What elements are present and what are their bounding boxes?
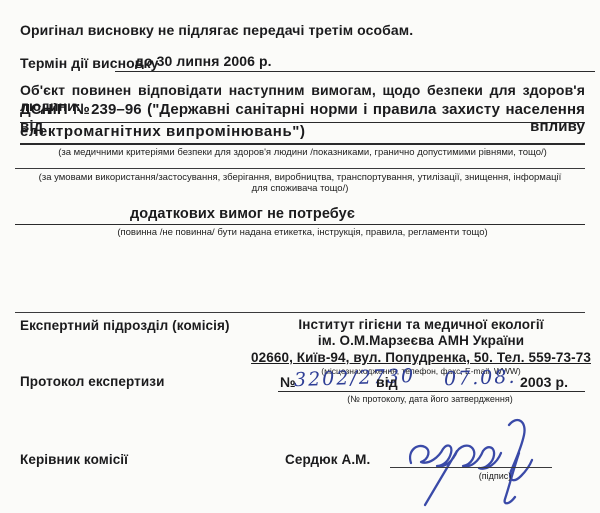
protocol-date-handwritten: 07.08.	[444, 366, 517, 391]
note-additional-requirements: (повинна /не повинна/ бути надана етикет…	[20, 227, 585, 238]
signature-line	[390, 467, 552, 468]
head-of-commission-name: Сердюк А.М.	[285, 452, 370, 467]
original-notice-line: Оригінал висновку не підлягає передачі т…	[20, 22, 413, 38]
requirements-value-line2: електромагнітних випромінювань")	[20, 123, 585, 145]
signature-image	[393, 413, 563, 509]
requirements-value-line1: ДСНіП №239–96 ("Державні санітарні норми…	[20, 101, 585, 123]
note-usage-conditions: (за умовами використання/застосування, з…	[35, 172, 565, 194]
additional-requirements-field: додаткових вимог не потребує	[15, 205, 585, 225]
org-address: 02660, Київ-94, вул. Попудренка, 50. Тел…	[250, 349, 592, 366]
term-value: до 30 липня 2006 р.	[135, 53, 272, 69]
org-name-line1: Інститут гігієни та медичної екології	[250, 317, 592, 333]
divider-line-expert-unit	[15, 312, 585, 313]
protocol-year: 2003 р.	[520, 374, 568, 390]
divider-line-conditions	[15, 168, 585, 169]
org-name-line2: ім. О.М.Марзеєва АМН України	[250, 333, 592, 349]
scanned-document-page: Оригінал висновку не підлягає передачі т…	[0, 0, 600, 513]
note-medical-criteria: (за медичними критеріями безпеки для здо…	[20, 147, 585, 158]
additional-requirements-value: додаткових вимог не потребує	[130, 206, 355, 222]
expert-unit-label: Експертний підрозділ (комісія)	[20, 318, 230, 333]
term-value-field: до 30 липня 2006 р.	[115, 53, 595, 72]
protocol-field: № 3202/2730 від 07.08. 2003 р.	[278, 365, 585, 392]
protocol-from-label: від	[376, 374, 398, 390]
protocol-label: Протокол експертизи	[20, 374, 165, 389]
head-of-commission-label: Керівник комісії	[20, 452, 128, 467]
note-protocol: (№ протоколу, дата його затвердження)	[300, 394, 560, 405]
note-signature: (підпис)	[435, 471, 555, 482]
